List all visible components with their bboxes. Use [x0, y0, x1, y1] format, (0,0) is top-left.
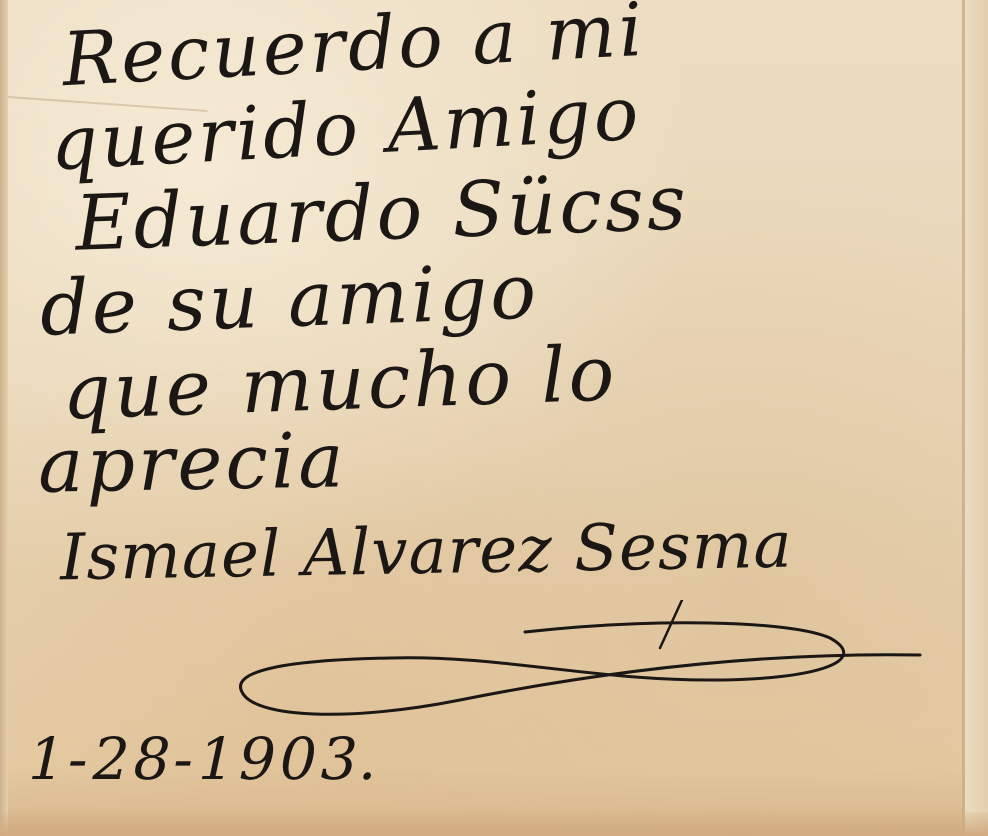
signature: Ismael Alvarez Sesma: [59, 514, 793, 591]
dedication-line-6: aprecia: [37, 422, 347, 503]
bottom-stain-band: [0, 812, 988, 836]
left-paper-edge: [0, 0, 8, 836]
right-paper-margin: [965, 0, 988, 836]
aged-paper-card: Recuerdo a mi querido Amigo Eduardo Sücs…: [0, 0, 988, 836]
dedication-line-3: Eduardo Sücss: [74, 164, 690, 261]
date-written: 1-28-1903.: [22, 730, 390, 788]
signature-flourish-icon: [230, 600, 950, 730]
